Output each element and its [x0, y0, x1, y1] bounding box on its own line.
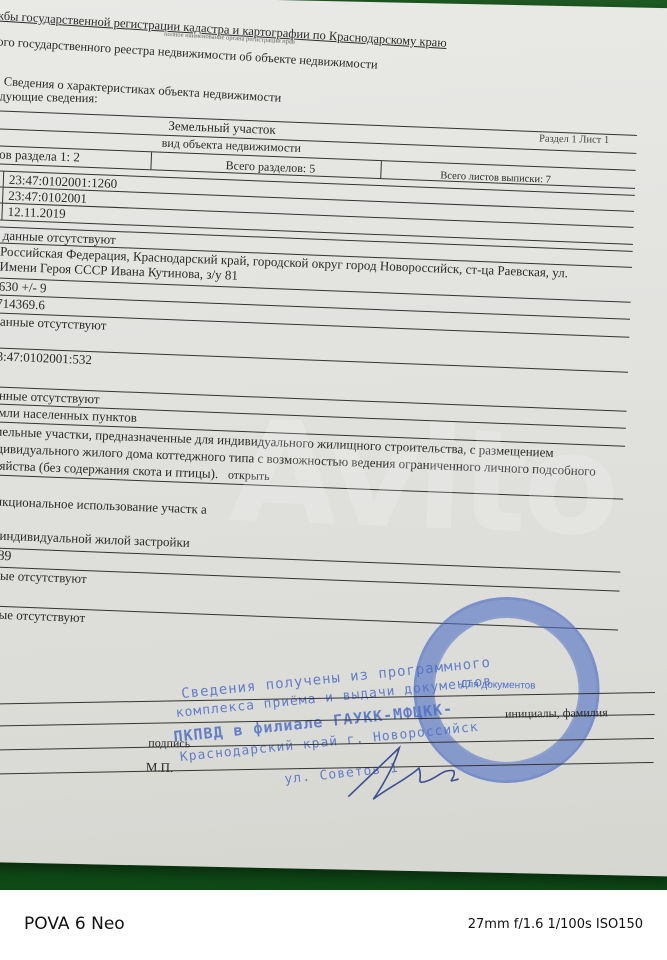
document-page: ужбы государственной регистрации кадастр… [0, 0, 667, 876]
seal-label: М.П. [146, 759, 174, 776]
signature-label: подпись [148, 735, 190, 751]
object-type-value: Земельный участок [168, 118, 276, 137]
device-name: POVA 6 Neo [24, 914, 125, 934]
characteristics-table: Земельный участок вид объекта недвижимос… [0, 110, 637, 671]
intro-text: ледующие сведения: [0, 89, 98, 106]
camera-watermark-bar: POVA 6 Neo 27mm f/1.6 1/100s ISO150 [0, 890, 667, 960]
initials-label: инициалы, фамилия [505, 705, 608, 721]
exif-info: 27mm f/1.6 1/100s ISO150 [468, 917, 643, 932]
handwritten-signature [338, 736, 479, 809]
avito-watermark: Avito [227, 391, 619, 569]
photo-area: ужбы государственной регистрации кадастр… [0, 0, 667, 890]
